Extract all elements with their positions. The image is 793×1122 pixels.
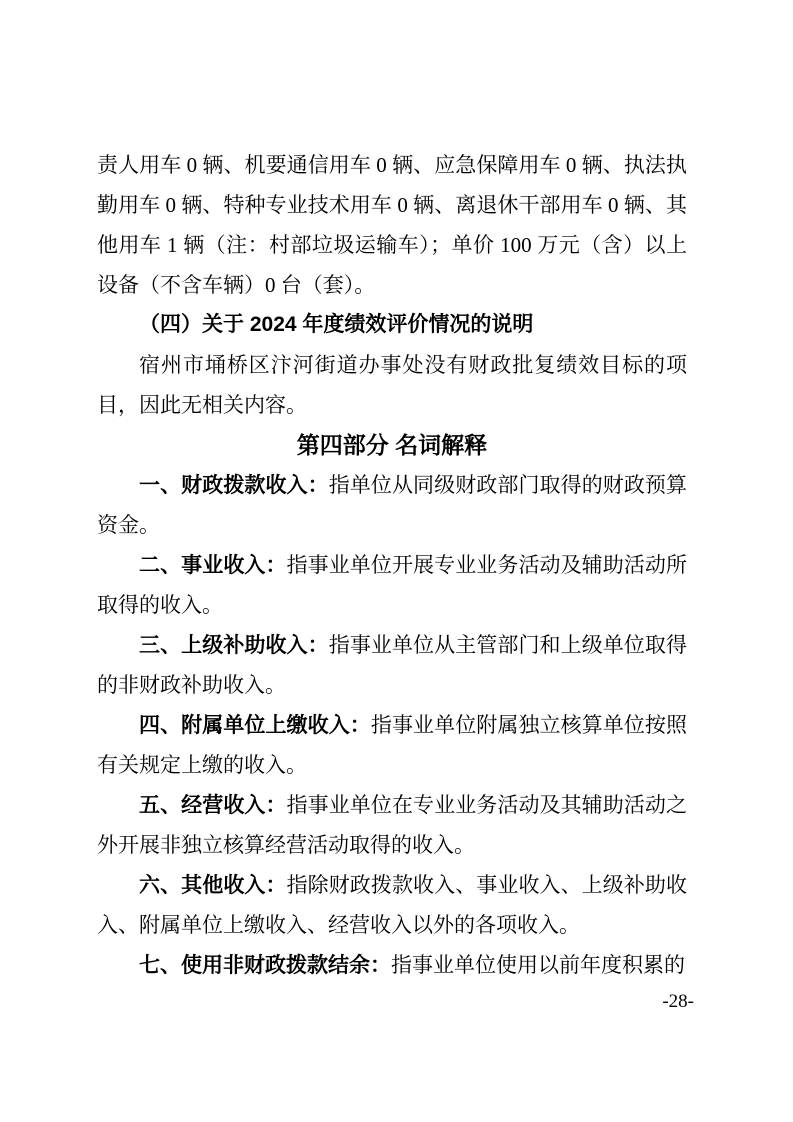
glossary-term: 六、其他收入：: [139, 873, 287, 897]
glossary-item-7: 七、使用非财政拨款结余：指事业单位使用以前年度积累的: [97, 945, 687, 985]
glossary-term: 一、财政拨款收入：: [139, 473, 329, 497]
paragraph-no-performance-projects: 宿州市埇桥区汴河街道办事处没有财政批复绩效目标的项目，因此无相关内容。: [97, 345, 687, 425]
glossary-item-5: 五、经营收入：指事业单位在专业业务活动及其辅助活动之外开展非独立核算经营活动取得…: [97, 785, 687, 865]
glossary-item-2: 二、事业收入：指事业单位开展专业业务活动及辅助活动所取得的收入。: [97, 545, 687, 625]
heading-performance-evaluation-2024: （四）关于 2024 年度绩效评价情况的说明: [97, 305, 687, 345]
heading-part-four-glossary: 第四部分 名词解释: [97, 425, 687, 465]
glossary-term: 四、附属单位上缴收入：: [139, 713, 371, 737]
glossary-term: 二、事业收入：: [139, 553, 287, 577]
glossary-item-6: 六、其他收入：指除财政拨款收入、事业收入、上级补助收入、附属单位上缴收入、经营收…: [97, 865, 687, 945]
glossary-definition: 指事业单位使用以前年度积累的: [391, 953, 685, 977]
glossary-item-3: 三、上级补助收入：指事业单位从主管部门和上级单位取得的非财政补助收入。: [97, 625, 687, 705]
document-content: 责人用车 0 辆、机要通信用车 0 辆、应急保障用车 0 辆、执法执勤用车 0 …: [97, 145, 687, 985]
page-number: -28-: [662, 990, 694, 1014]
glossary-item-4: 四、附属单位上缴收入：指事业单位附属独立核算单位按照有关规定上缴的收入。: [97, 705, 687, 785]
paragraph-vehicles-continuation: 责人用车 0 辆、机要通信用车 0 辆、应急保障用车 0 辆、执法执勤用车 0 …: [97, 145, 687, 305]
glossary-item-1: 一、财政拨款收入：指单位从同级财政部门取得的财政预算资金。: [97, 465, 687, 545]
glossary-term: 七、使用非财政拨款结余：: [139, 953, 391, 977]
glossary-term: 三、上级补助收入：: [139, 633, 329, 657]
document-page: 责人用车 0 辆、机要通信用车 0 辆、应急保障用车 0 辆、执法执勤用车 0 …: [0, 0, 793, 1122]
glossary-term: 五、经营收入：: [139, 793, 287, 817]
